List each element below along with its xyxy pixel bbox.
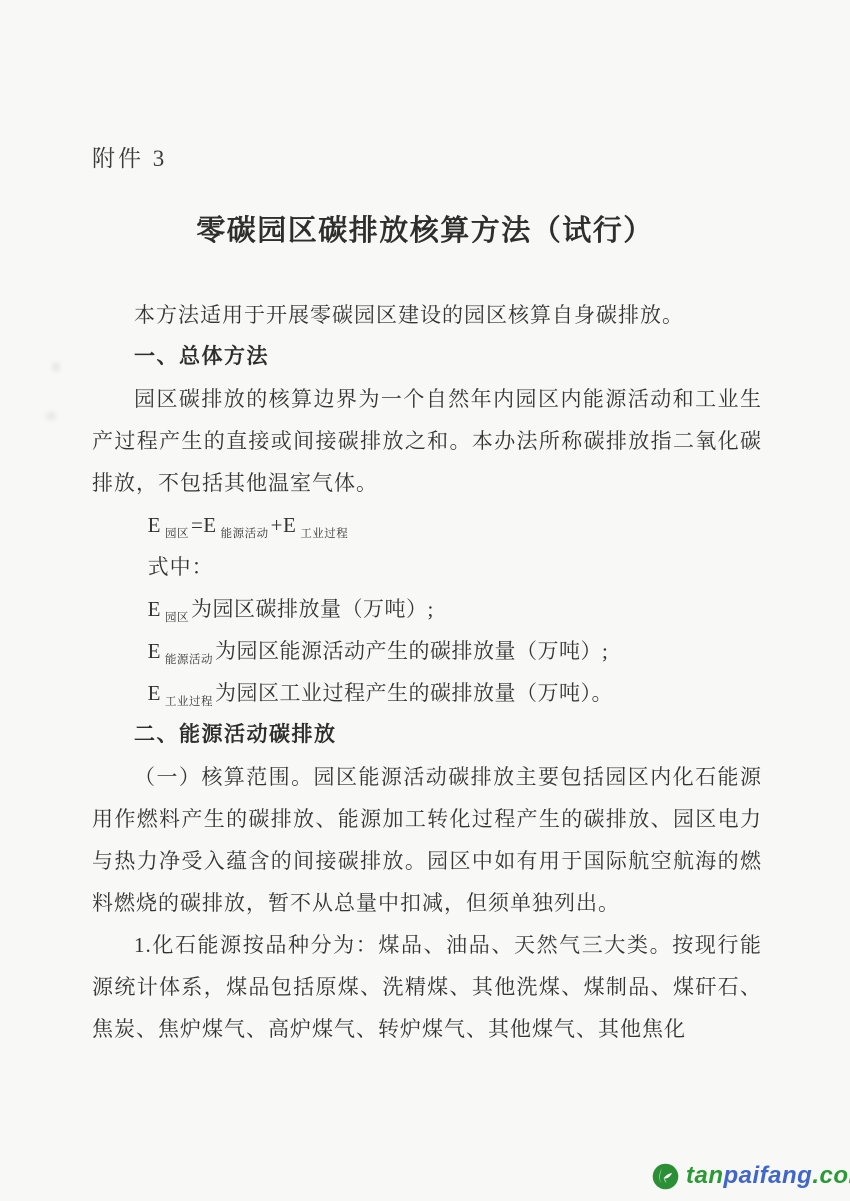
- formula-subscript: 工业过程: [300, 528, 348, 540]
- formula-text: E: [148, 597, 161, 621]
- page-title: 零碳园区碳排放核算方法（试行）: [0, 208, 850, 249]
- formula-text: E: [148, 681, 161, 705]
- paragraph: 式中：: [92, 546, 762, 588]
- paragraph: 园区碳排放的核算边界为一个自然年内园区内能源活动和工业生产过程产生的直接或间接碳…: [92, 378, 762, 504]
- formula-subscript: 能源活动: [221, 528, 269, 540]
- formula-subscript: 工业过程: [165, 696, 213, 708]
- formula-text: =E: [191, 513, 217, 537]
- tanpaifang-logo-icon: [652, 1163, 679, 1190]
- paragraph: （一）核算范围。园区能源活动碳排放主要包括园区内化石能源用作燃料产生的碳排放、能…: [92, 756, 762, 924]
- scan-artifact: [52, 362, 60, 372]
- formula-text: 为园区工业过程产生的碳排放量（万吨）。: [215, 681, 613, 705]
- paragraph: 本方法适用于开展零碳园区建设的园区核算自身碳排放。: [92, 294, 762, 336]
- formula-line: E园区为园区碳排放量（万吨）;: [92, 588, 762, 630]
- watermark-part: tan: [686, 1162, 724, 1189]
- section-heading: 一、总体方法: [92, 336, 762, 378]
- formula-text: +E: [271, 513, 297, 537]
- section-heading: 二、能源活动碳排放: [92, 714, 762, 756]
- formula-subscript: 园区: [165, 528, 189, 540]
- formula-text: E: [148, 513, 161, 537]
- document-body: 本方法适用于开展零碳园区建设的园区核算自身碳排放。一、总体方法园区碳排放的核算边…: [92, 294, 762, 1050]
- watermark-part: paifang: [724, 1162, 813, 1189]
- watermark-text: tanpaifang.com: [686, 1162, 850, 1190]
- formula-line: E园区=E能源活动+E工业过程: [92, 504, 762, 546]
- formula-text: 为园区能源活动产生的碳排放量（万吨）;: [215, 639, 608, 663]
- formula-line: E工业过程为园区工业过程产生的碳排放量（万吨）。: [92, 672, 762, 714]
- watermark-logo: tanpaifang.com: [652, 1160, 850, 1192]
- formula-text: E: [148, 639, 161, 663]
- scan-artifact: [46, 412, 56, 420]
- watermark-part: .com: [812, 1162, 850, 1189]
- paragraph: 1.化石能源按品种分为：煤品、油品、天然气三大类。按现行能源统计体系，煤品包括原…: [92, 924, 762, 1050]
- formula-subscript: 园区: [165, 612, 189, 624]
- formula-subscript: 能源活动: [165, 654, 213, 666]
- attachment-label: 附件 3: [92, 140, 167, 173]
- formula-line: E能源活动为园区能源活动产生的碳排放量（万吨）;: [92, 630, 762, 672]
- formula-text: 为园区碳排放量（万吨）;: [191, 597, 434, 621]
- document-page: 附件 3 零碳园区碳排放核算方法（试行） 本方法适用于开展零碳园区建设的园区核算…: [0, 0, 850, 1201]
